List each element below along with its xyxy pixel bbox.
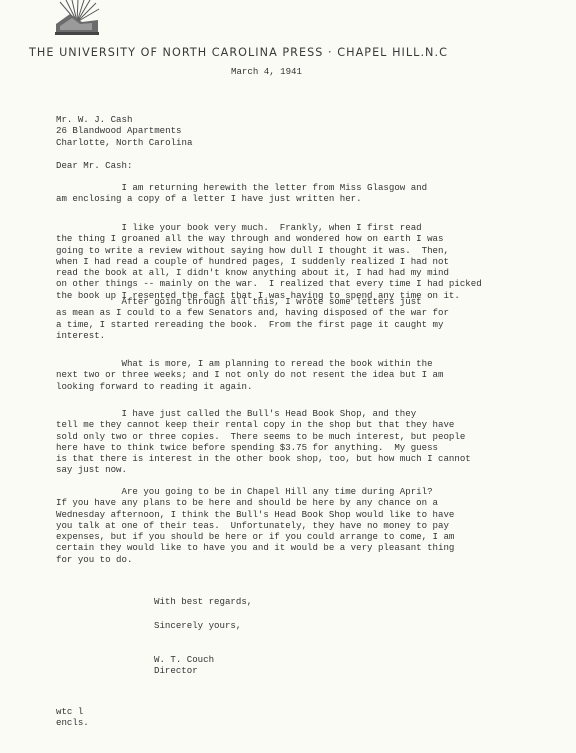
typist-initials: wtc l [56,706,83,717]
letter-date: March 4, 1941 [231,66,302,77]
body-paragraph: Are you going to be in Chapel Hill any t… [56,486,454,565]
recipient-address: Mr. W. J. Cash 26 Blandwood Apartments C… [56,114,192,148]
recipient-street: 26 Blandwood Apartments [56,125,182,136]
recipient-city: Charlotte, North Carolina [56,137,192,148]
letterhead: THE UNIVERSITY OF NORTH CAROLINA PRESS ·… [0,46,576,59]
signatory-title: Director [154,665,198,676]
closing: With best regards, [154,596,252,607]
signatory-name: W. T. Couch [154,654,214,665]
body-paragraph: I am returning herewith the letter from … [56,182,427,205]
press-logo-icon [52,0,102,36]
enclosures-note: encls. [56,717,89,728]
recipient-name: Mr. W. J. Cash [56,114,132,125]
body-paragraph: After going through all this, I wrote so… [56,296,449,341]
body-paragraph: What is more, I am planning to reread th… [56,358,443,392]
body-paragraph: I have just called the Bull's Head Book … [56,408,471,476]
reference-initials: wtc l encls. [56,706,89,729]
salutation: Dear Mr. Cash: [56,160,132,171]
signature-block: W. T. Couch Director [154,654,214,677]
body-paragraph: I like your book very much. Frankly, whe… [56,222,482,301]
sign-off: Sincerely yours, [154,620,241,631]
